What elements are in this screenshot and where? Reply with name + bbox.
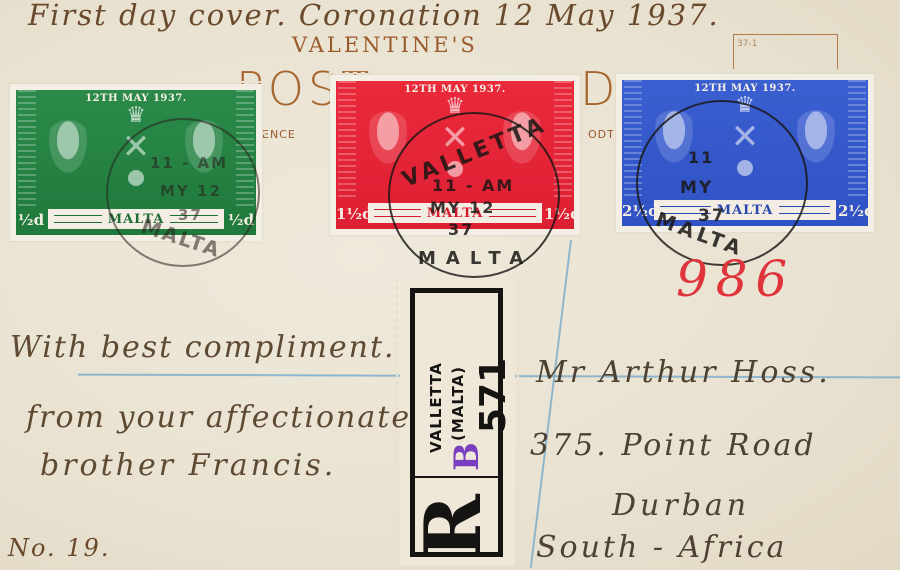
crown-icon: ♛ — [126, 105, 146, 127]
postmark-time: 11 — [688, 148, 714, 167]
crown-icon: ♛ — [735, 95, 755, 117]
sceptre-right-ornament — [848, 80, 866, 198]
sceptre-left-ornament — [338, 81, 356, 201]
postmark-time: 11 - AM — [432, 176, 514, 195]
address-line-1: Mr Arthur Hoss. — [536, 355, 831, 390]
crossed-sceptres-icon: ✕ — [122, 130, 151, 164]
registration-letter: R — [415, 494, 493, 559]
stamp-value-right: 1½d — [544, 205, 574, 223]
message-line-1: With best compliment. — [10, 330, 396, 365]
stamp-two-half-penny: 12TH MAY 1937. ♛ ✕ 2½d 2½d MALTA — [616, 74, 874, 232]
registration-country: (MALTA) — [449, 366, 467, 441]
crown-icon: ♛ — [445, 96, 465, 118]
postmark-country: MALTA — [418, 248, 533, 269]
stamp-value-right: 2½d — [838, 202, 868, 220]
address-line-4: South - Africa — [536, 530, 787, 565]
postmark-date: MY — [680, 178, 713, 198]
registration-label: VALLETTA (MALTA) B 571 R — [400, 280, 515, 565]
orb-icon — [737, 160, 753, 176]
stamp-value-left: 2½d — [622, 202, 652, 220]
address-line-2: 375. Point Road — [530, 428, 817, 463]
sceptre-right-ornament — [554, 81, 572, 201]
sceptre-right-ornament — [236, 90, 254, 207]
registration-label-frame: VALLETTA (MALTA) B 571 R — [410, 288, 503, 557]
orb-icon — [128, 170, 144, 186]
printed-fragment-right: ODT — [588, 128, 615, 141]
printed-fragment-left: ENCE — [262, 128, 296, 141]
postmark-date: MY 12 — [160, 182, 222, 200]
postmark-time: 11 - AM — [150, 154, 228, 172]
registration-number: 571 — [473, 358, 514, 433]
header-note: First day cover. Coronation 12 May 1937. — [28, 0, 720, 32]
postmark-date: MY 12 — [430, 198, 495, 217]
publisher-brand: VALENTINE'S — [292, 33, 478, 57]
postmark-year: 37 — [448, 220, 474, 239]
address-line-3: Durban — [612, 488, 750, 523]
postcard-heading-tail: D — [580, 62, 619, 116]
message-line-3: brother Francis. — [40, 448, 336, 483]
stamp-box-code: 37-1 — [737, 39, 757, 49]
registration-handstamp: B — [447, 442, 487, 471]
sceptre-left-ornament — [624, 80, 642, 198]
crossed-sceptres-icon: ✕ — [731, 120, 760, 154]
registration-office: VALLETTA — [427, 362, 445, 453]
red-crayon-note: 9 8 6 — [676, 250, 783, 308]
item-number: No. 19. — [8, 534, 110, 562]
sceptre-left-ornament — [18, 90, 36, 207]
queen-portrait — [46, 120, 90, 178]
blue-pencil-vertical-line — [530, 240, 572, 568]
queen-portrait — [366, 111, 410, 169]
stamp-value-left: 1½d — [336, 205, 366, 223]
stamp-value-left: ½d — [16, 211, 46, 229]
stamp-value-right: ½d — [226, 211, 256, 229]
king-portrait — [794, 110, 838, 168]
registration-divider — [415, 476, 498, 478]
postmark-year: 37 — [178, 206, 203, 224]
postcard: First day cover. Coronation 12 May 1937.… — [0, 0, 900, 570]
message-line-2: from your affectionate — [26, 400, 411, 435]
